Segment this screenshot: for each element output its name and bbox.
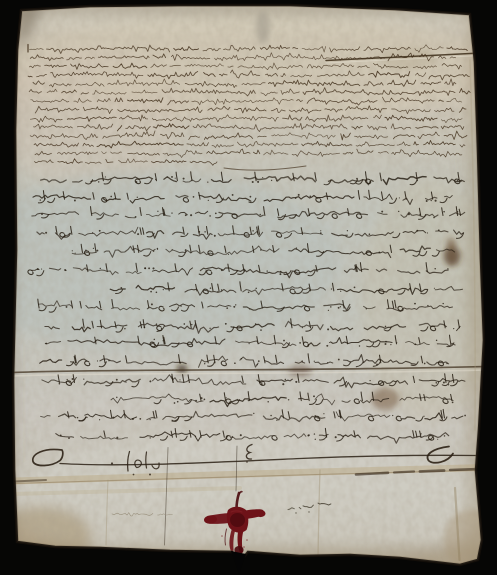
arabic-dot	[150, 437, 151, 438]
arabic-dot	[177, 401, 179, 403]
arabic-dot	[260, 249, 262, 251]
arabic-dot	[443, 211, 445, 213]
arabic-dot	[366, 308, 367, 309]
arabic-dot	[276, 420, 277, 421]
arabic-dot	[327, 328, 329, 330]
arabic-dot	[228, 254, 229, 255]
arabic-dot	[45, 343, 47, 345]
arabic-dot	[66, 306, 68, 308]
arabic-dot	[252, 181, 254, 183]
arabic-dot	[430, 200, 431, 201]
arabic-dot	[99, 230, 101, 232]
arabic-dot	[426, 200, 428, 202]
arabic-dot	[85, 249, 86, 250]
arabic-dot	[309, 196, 311, 198]
arabic-dot	[132, 418, 134, 420]
arabic-dot	[179, 379, 180, 380]
note-dot	[308, 511, 309, 512]
arabic-dot	[442, 303, 443, 304]
arabic-dot	[83, 379, 84, 380]
arabic-dot	[323, 413, 324, 414]
arabic-dot	[67, 379, 68, 380]
arabic-dot	[250, 196, 252, 198]
arabic-dot	[414, 303, 416, 305]
arabic-dot	[434, 268, 435, 269]
arabic-dot	[235, 304, 236, 305]
crease-line	[450, 469, 478, 470]
arabic-dot	[137, 233, 139, 235]
arabic-dot	[201, 397, 203, 399]
arabic-dot	[257, 364, 258, 365]
arabic-dot	[252, 230, 253, 231]
note-dot	[295, 512, 296, 513]
arabic-dot	[172, 249, 173, 250]
arabic-dot	[226, 397, 227, 398]
arabic-dot	[257, 181, 259, 183]
arabic-dot	[97, 360, 98, 361]
arabic-dot	[320, 232, 322, 234]
arabic-dot	[435, 200, 437, 202]
arabic-dot	[116, 437, 118, 439]
wax-speck	[221, 535, 223, 537]
arabic-dot	[225, 323, 227, 325]
arabic-dot	[266, 270, 267, 271]
arabic-dot	[315, 415, 316, 416]
arabic-dot	[163, 289, 164, 290]
arabic-dot	[185, 249, 187, 251]
signature-dot	[246, 461, 248, 463]
arabic-dot	[446, 363, 447, 364]
arabic-dot	[164, 325, 165, 326]
parchment-grain	[0, 0, 497, 575]
arabic-dot	[105, 176, 106, 177]
arabic-dot	[282, 383, 284, 385]
arabic-dot	[171, 176, 173, 178]
arabic-dot	[214, 235, 216, 237]
arabic-dot	[369, 380, 370, 381]
arabic-dot	[249, 343, 250, 344]
arabic-dot	[317, 418, 318, 419]
arabic-dot	[270, 415, 272, 417]
arabic-dot	[285, 379, 286, 380]
arabic-dot	[139, 418, 141, 420]
arabic-dot	[340, 291, 341, 292]
arabic-dot	[380, 360, 381, 361]
arabic-dot	[424, 363, 426, 365]
arabic-dot	[68, 437, 70, 439]
arabic-dot	[98, 181, 100, 183]
arabic-dot	[448, 384, 449, 385]
arabic-dot	[152, 267, 154, 269]
arabic-dot	[59, 383, 61, 385]
arabic-dot	[385, 341, 387, 343]
arabic-dot	[335, 436, 337, 438]
arabic-dot	[149, 380, 151, 382]
arabic-dot	[279, 273, 281, 275]
cross-center-shadow	[230, 513, 245, 527]
arabic-dot	[384, 343, 386, 345]
arabic-dot	[72, 378, 74, 380]
arabic-dot	[112, 417, 114, 419]
arabic-dot	[381, 211, 383, 213]
arabic-dot	[120, 287, 122, 289]
arabic-dot	[433, 217, 434, 218]
arabic-dot	[209, 215, 211, 217]
arabic-dot	[296, 247, 298, 249]
arabic-dot	[100, 268, 101, 269]
arabic-dot	[191, 324, 192, 325]
arabic-dot	[378, 251, 380, 253]
charter-photograph	[0, 0, 497, 575]
arabic-dot	[255, 288, 256, 289]
signature-dot	[111, 462, 113, 464]
arabic-dot	[207, 181, 208, 182]
arabic-dot	[60, 435, 62, 437]
arabic-dot	[157, 249, 158, 250]
arabic-dot	[108, 360, 109, 361]
arabic-dot	[255, 323, 256, 324]
parchment	[0, 0, 497, 575]
stain	[256, 12, 270, 44]
latin-script-line	[28, 76, 32, 77]
arabic-dot	[248, 291, 250, 293]
arabic-dot	[329, 342, 330, 343]
signature-dot	[149, 474, 151, 476]
wax-speck	[246, 539, 248, 541]
crease-line	[356, 473, 388, 475]
arabic-dot	[330, 306, 332, 308]
arabic-dot	[210, 287, 212, 289]
charter-photo-canvas	[0, 0, 497, 575]
arabic-dot	[144, 267, 146, 269]
arabic-dot	[177, 328, 178, 329]
arabic-dot	[174, 402, 176, 404]
arabic-dot	[260, 329, 262, 331]
arabic-dot	[64, 269, 66, 271]
arabic-dot	[347, 230, 348, 231]
arabic-dot	[259, 214, 261, 216]
arabic-dot	[116, 397, 117, 398]
arabic-dot	[253, 413, 254, 414]
arabic-dot	[162, 340, 163, 341]
arabic-dot	[271, 180, 272, 181]
arabic-dot	[40, 199, 41, 200]
arabic-dot	[385, 326, 387, 328]
arabic-dot	[464, 415, 466, 417]
arabic-dot	[236, 271, 237, 272]
arabic-dot	[295, 381, 297, 383]
arabic-dot	[313, 395, 315, 397]
arabic-dot	[314, 361, 315, 362]
arabic-dot	[96, 250, 98, 252]
arabic-dot	[156, 292, 158, 294]
arabic-dot	[37, 268, 39, 270]
arabic-dot	[427, 305, 428, 306]
arabic-dot	[399, 197, 400, 198]
arabic-dot	[396, 342, 397, 343]
arabic-dot	[301, 360, 303, 362]
arabic-dot	[86, 417, 87, 418]
arabic-dot	[369, 233, 371, 235]
arabic-dot	[298, 194, 300, 196]
arabic-dot	[262, 177, 263, 178]
arabic-dot	[414, 343, 416, 345]
arabic-dot	[457, 180, 458, 181]
arabic-dot	[77, 417, 79, 419]
arabic-dot	[183, 178, 185, 180]
arabic-dot	[135, 181, 137, 183]
crease-line	[420, 471, 444, 472]
arabic-dot	[41, 269, 42, 270]
arabic-dot	[438, 229, 440, 231]
arabic-dot	[315, 439, 316, 440]
arabic-dot	[434, 288, 435, 289]
arabic-dot	[221, 269, 223, 271]
arabic-dot	[150, 291, 152, 293]
arabic-dot	[338, 307, 340, 309]
arabic-dot	[175, 178, 176, 179]
arabic-dot	[460, 180, 462, 182]
arabic-dot	[437, 439, 438, 440]
arabic-dot	[204, 231, 205, 232]
arabic-dot	[295, 197, 296, 198]
arabic-dot	[144, 326, 146, 328]
arabic-dot	[204, 399, 206, 401]
arabic-dot	[340, 306, 341, 307]
arabic-dot	[237, 399, 238, 400]
arabic-dot	[74, 200, 76, 202]
arabic-dot	[258, 360, 260, 362]
arabic-dot	[171, 212, 172, 213]
arabic-dot	[151, 303, 153, 305]
arabic-dot	[155, 179, 156, 180]
arabic-dot	[320, 230, 321, 231]
arabic-dot	[299, 342, 301, 344]
arabic-dot	[72, 250, 73, 251]
arabic-dot	[180, 305, 181, 306]
arabic-dot	[327, 362, 328, 363]
arabic-dot	[204, 363, 205, 364]
arabic-dot	[185, 214, 187, 216]
arabic-dot	[156, 323, 158, 325]
arabic-dot	[308, 434, 310, 436]
arabic-dot	[208, 200, 209, 201]
arabic-dot	[195, 436, 196, 437]
arabic-dot	[280, 271, 282, 273]
arabic-dot	[416, 230, 418, 232]
arabic-dot	[376, 364, 378, 366]
arabic-dot	[392, 415, 393, 416]
arabic-dot	[116, 379, 118, 381]
arabic-dot	[149, 419, 150, 420]
arabic-dot	[195, 400, 197, 402]
arabic-dot	[338, 359, 340, 361]
arabic-dot	[452, 402, 454, 404]
arabic-dot	[356, 178, 358, 180]
arabic-dot	[408, 213, 410, 215]
arabic-dot	[153, 251, 154, 252]
arabic-dot	[328, 310, 329, 311]
stain	[288, 366, 312, 376]
arabic-dot	[231, 436, 233, 438]
arabic-dot	[443, 381, 445, 383]
arabic-dot	[436, 340, 437, 341]
arabic-dot	[261, 383, 263, 385]
arabic-dot	[419, 214, 420, 215]
arabic-dot	[221, 289, 223, 291]
arabic-dot	[135, 216, 137, 218]
arabic-dot	[320, 201, 321, 202]
arabic-dot	[183, 323, 185, 325]
wax-speck	[243, 546, 245, 548]
arabic-dot	[436, 382, 438, 384]
arabic-dot	[423, 416, 424, 417]
arabic-dot	[99, 419, 100, 420]
arabic-dot	[288, 399, 289, 400]
arabic-dot	[198, 231, 200, 233]
arabic-dot	[427, 232, 428, 233]
arabic-dot	[276, 180, 277, 181]
arabic-dot	[249, 308, 250, 309]
arabic-dot	[92, 232, 93, 233]
arabic-dot	[248, 400, 249, 401]
arabic-dot	[232, 194, 234, 196]
arabic-dot	[444, 435, 446, 437]
arabic-dot	[398, 211, 399, 212]
stain	[446, 238, 456, 248]
arabic-dot	[110, 196, 112, 198]
arabic-dot	[421, 433, 422, 434]
crease-line	[394, 472, 414, 473]
arabic-dot	[137, 197, 138, 198]
arabic-dot	[45, 232, 47, 234]
arabic-dot	[125, 382, 126, 383]
arabic-dot	[124, 328, 125, 329]
arabic-dot	[457, 211, 459, 213]
arabic-dot	[326, 345, 328, 347]
arabic-dot	[453, 328, 454, 329]
arabic-dot	[240, 434, 242, 436]
arabic-dot	[215, 213, 217, 215]
arabic-dot	[234, 362, 236, 364]
cross-arm-right-bulb	[256, 510, 266, 517]
arabic-dot	[154, 339, 156, 341]
arabic-dot	[331, 288, 332, 289]
arabic-dot	[193, 196, 195, 198]
arabic-dot	[217, 291, 218, 292]
arabic-dot	[157, 211, 158, 212]
arabic-dot	[148, 267, 150, 269]
arabic-dot	[267, 401, 269, 403]
arabic-dot	[446, 326, 447, 327]
arabic-dot	[190, 214, 192, 216]
arabic-dot	[93, 248, 94, 249]
arabic-dot	[233, 306, 235, 308]
arabic-dot	[447, 268, 448, 269]
arabic-dot	[302, 232, 303, 233]
arabic-dot	[314, 433, 315, 434]
arabic-dot	[179, 362, 181, 364]
signature-dot	[133, 474, 135, 476]
arabic-dot	[354, 287, 356, 289]
arabic-dot	[390, 344, 391, 345]
stain	[177, 365, 187, 373]
arabic-dot	[209, 328, 210, 329]
arabic-dot	[359, 345, 360, 346]
arabic-dot	[241, 358, 242, 359]
arabic-dot	[226, 307, 228, 309]
arabic-dot	[283, 340, 285, 342]
arabic-dot	[75, 253, 76, 254]
arabic-dot	[302, 327, 303, 328]
arabic-dot	[41, 213, 43, 215]
